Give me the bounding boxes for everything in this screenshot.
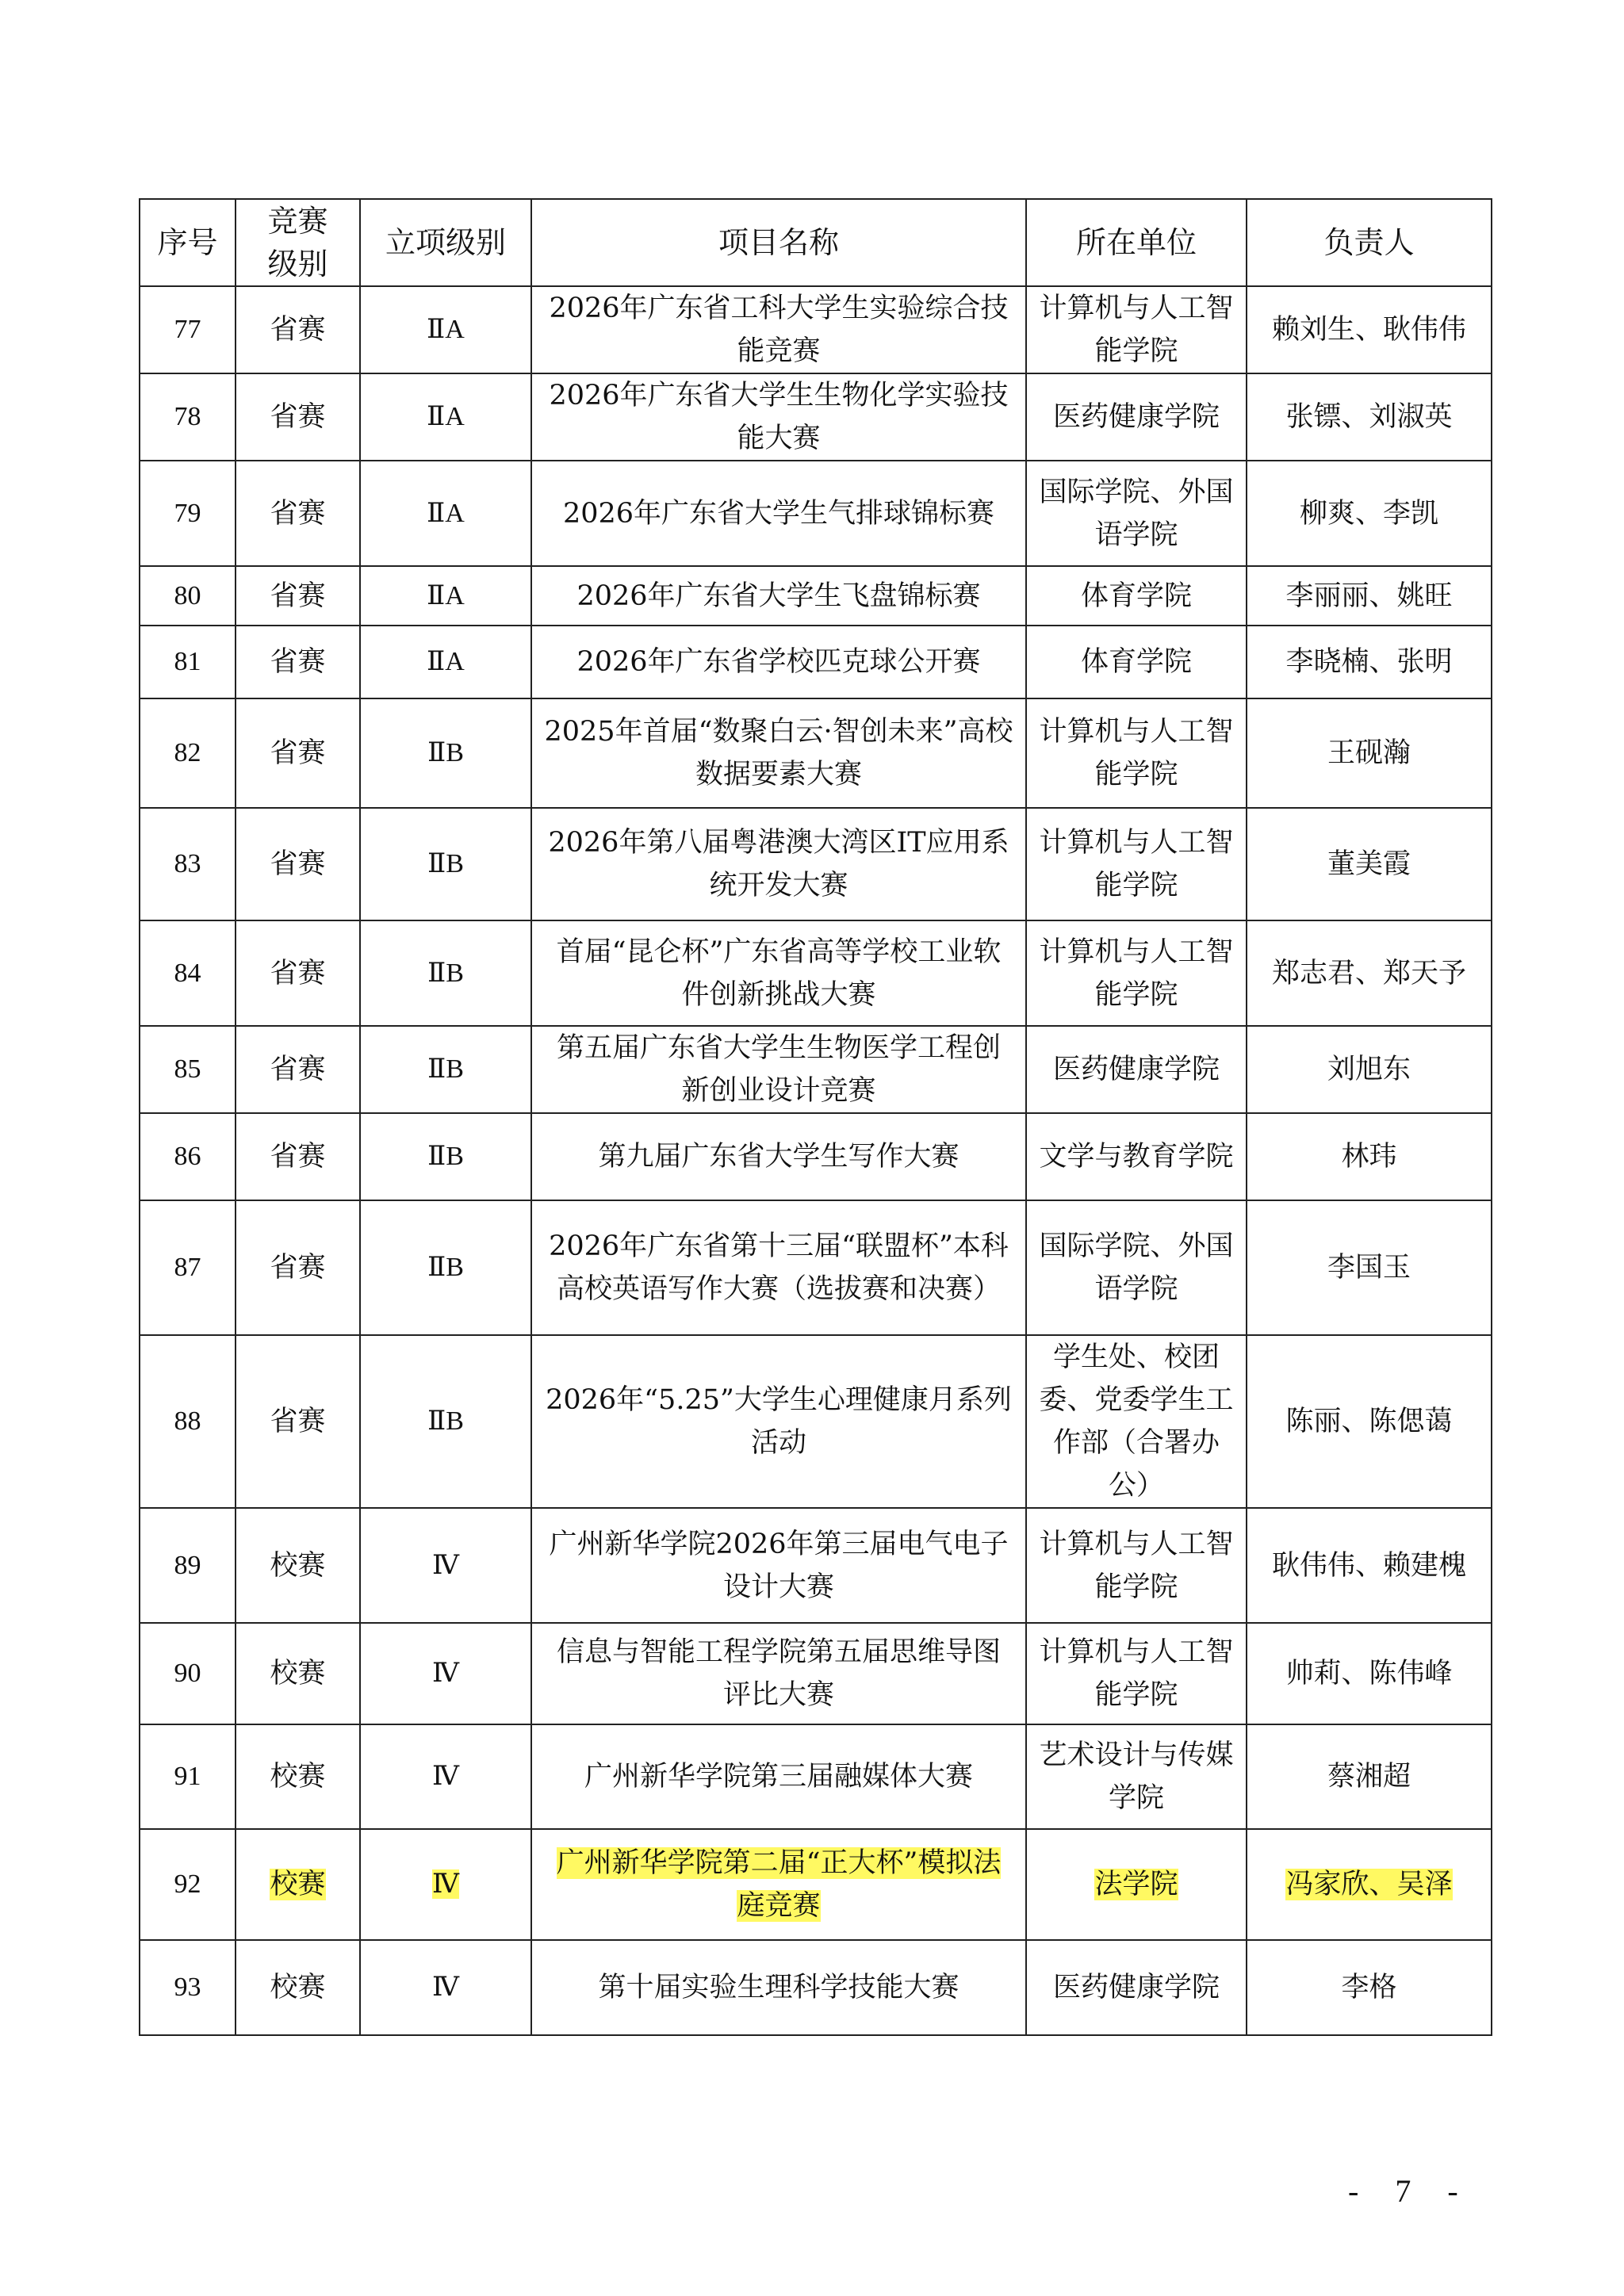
cell-project-name: 2026年广东省大学生飞盘锦标赛 [531,566,1026,626]
cell-department: 体育学院 [1026,566,1247,626]
page-number: - 7 - [1348,2172,1473,2210]
cell-row-number: 91 [140,1724,236,1829]
leader-text: 耿伟伟、赖建槐 [1272,1550,1466,1582]
cell-leader: 冯家欣、吴泽 [1247,1829,1492,1940]
cell-row-number: 87 [140,1200,236,1335]
cell-project-grade: ⅡB [360,1026,531,1113]
cell-project-grade: ⅡA [360,626,531,698]
cell-project-grade: ⅡB [360,808,531,920]
cell-department: 计算机与人工智能学院 [1026,286,1247,373]
project-grade-text: ⅡA [427,402,465,431]
department-text: 文学与教育学院 [1039,1141,1233,1173]
cell-department: 计算机与人工智能学院 [1026,920,1247,1026]
cell-competition-level: 省赛 [236,808,360,920]
row-number-text: 78 [174,402,201,431]
competition-level-text: 省赛 [270,401,325,433]
cell-department: 医药健康学院 [1026,1026,1247,1113]
competition-level-text: 省赛 [270,1252,325,1284]
cell-row-number: 85 [140,1026,236,1113]
cell-competition-level: 省赛 [236,461,360,566]
cell-project-name: 2026年广东省大学生生物化学实验技能大赛 [531,373,1026,461]
cell-row-number: 81 [140,626,236,698]
department-text: 体育学院 [1081,580,1192,612]
cell-leader: 董美霞 [1247,808,1492,920]
department-text: 计算机与人工智能学院 [1039,827,1233,901]
cell-project-grade: ⅡB [360,920,531,1026]
header-leader: 负责人 [1247,199,1492,286]
cell-competition-level: 校赛 [236,1508,360,1623]
cell-department: 计算机与人工智能学院 [1026,808,1247,920]
cell-row-number: 82 [140,698,236,808]
cell-project-grade: ⅡA [360,373,531,461]
table-row: 87省赛ⅡB2026年广东省第十三届“联盟杯”本科高校英语写作大赛（选拔赛和决赛… [140,1200,1492,1335]
project-grade-text: ⅡB [427,959,464,988]
cell-project-name: 信息与智能工程学院第五届思维导图评比大赛 [531,1623,1026,1724]
project-name-text: 信息与智能工程学院第五届思维导图评比大赛 [557,1636,1001,1711]
competition-level-text: 省赛 [270,1406,325,1437]
cell-project-name: 广州新华学院2026年第三届电气电子设计大赛 [531,1508,1026,1623]
cell-row-number: 86 [140,1113,236,1200]
competition-level-text: 省赛 [270,314,325,346]
cell-row-number: 84 [140,920,236,1026]
cell-leader: 李格 [1247,1940,1492,2035]
cell-project-grade: Ⅳ [360,1829,531,1940]
header-project-name: 项目名称 [531,199,1026,286]
cell-project-grade: ⅡB [360,698,531,808]
project-grade-text: ⅡA [427,647,465,676]
department-text: 国际学院、外国语学院 [1039,476,1233,551]
competition-level-text: 校赛 [270,1761,325,1793]
project-grade-text: ⅡB [427,1253,464,1282]
header-unit: 所在单位 [1026,199,1247,286]
cell-leader: 蔡湘超 [1247,1724,1492,1829]
header-project-grade: 立项级别 [360,199,531,286]
cell-leader: 赖刘生、耿伟伟 [1247,286,1492,373]
competition-level-text: 省赛 [270,1054,325,1085]
cell-competition-level: 省赛 [236,373,360,461]
row-number-text: 79 [174,499,201,528]
cell-project-name: 第十届实验生理科学技能大赛 [531,1940,1026,2035]
competition-level-text: 省赛 [270,737,325,769]
competition-level-text: 省赛 [270,498,325,530]
project-grade-text: ⅡB [427,849,464,878]
table-row: 89校赛Ⅳ广州新华学院2026年第三届电气电子设计大赛计算机与人工智能学院耿伟伟… [140,1508,1492,1623]
cell-competition-level: 省赛 [236,286,360,373]
cell-project-grade: ⅡB [360,1113,531,1200]
project-grade-text: Ⅳ [432,1869,459,1899]
leader-text: 董美霞 [1327,848,1411,880]
cell-project-name: 2026年“5.25”大学生心理健康月系列活动 [531,1335,1026,1508]
project-grade-text: ⅡA [427,315,465,344]
cell-competition-level: 省赛 [236,566,360,626]
cell-competition-level: 省赛 [236,1335,360,1508]
leader-text: 林玮 [1341,1141,1396,1173]
cell-competition-level: 省赛 [236,698,360,808]
cell-row-number: 83 [140,808,236,920]
department-text: 体育学院 [1081,646,1192,678]
cell-department: 国际学院、外国语学院 [1026,461,1247,566]
cell-project-grade: Ⅳ [360,1940,531,2035]
cell-department: 体育学院 [1026,626,1247,698]
cell-competition-level: 省赛 [236,1200,360,1335]
cell-project-name: 首届“昆仑杯”广东省高等学校工业软件创新挑战大赛 [531,920,1026,1026]
cell-project-name: 第五届广东省大学生生物医学工程创新创业设计竞赛 [531,1026,1026,1113]
cell-leader: 李晓楠、张明 [1247,626,1492,698]
department-text: 计算机与人工智能学院 [1039,1636,1233,1711]
project-name-text: 广州新华学院第二届“正大杯”模拟法庭竞赛 [557,1847,1002,1922]
cell-project-grade: Ⅳ [360,1623,531,1724]
department-text: 法学院 [1094,1869,1178,1900]
cell-project-name: 广州新华学院第二届“正大杯”模拟法庭竞赛 [531,1829,1026,1940]
row-number-text: 84 [174,959,201,988]
table-row: 85省赛ⅡB第五届广东省大学生生物医学工程创新创业设计竞赛医药健康学院刘旭东 [140,1026,1492,1113]
cell-department: 国际学院、外国语学院 [1026,1200,1247,1335]
leader-text: 李晓楠、张明 [1285,646,1452,678]
table-row: 80省赛ⅡA2026年广东省大学生飞盘锦标赛体育学院李丽丽、姚旺 [140,566,1492,626]
row-number-text: 86 [174,1142,201,1171]
table-row: 92校赛Ⅳ广州新华学院第二届“正大杯”模拟法庭竞赛法学院冯家欣、吴泽 [140,1829,1492,1940]
cell-leader: 刘旭东 [1247,1026,1492,1113]
cell-row-number: 79 [140,461,236,566]
project-name-text: 2026年广东省工科大学生实验综合技能竞赛 [549,293,1008,367]
cell-department: 文学与教育学院 [1026,1113,1247,1200]
table-row: 83省赛ⅡB2026年第八届粤港澳大湾区IT应用系统开发大赛计算机与人工智能学院… [140,808,1492,920]
project-name-text: 2026年广东省学校匹克球公开赛 [576,646,980,678]
department-text: 医药健康学院 [1053,1972,1220,2003]
cell-project-grade: ⅡB [360,1200,531,1335]
row-number-text: 81 [174,647,201,676]
row-number-text: 77 [174,315,201,344]
cell-competition-level: 校赛 [236,1940,360,2035]
project-grade-text: ⅡB [427,738,464,767]
department-text: 计算机与人工智能学院 [1039,293,1233,367]
cell-row-number: 92 [140,1829,236,1940]
department-text: 计算机与人工智能学院 [1039,936,1233,1011]
leader-text: 陈丽、陈偲蔼 [1285,1406,1452,1437]
cell-competition-level: 省赛 [236,1026,360,1113]
cell-competition-level: 校赛 [236,1829,360,1940]
department-text: 计算机与人工智能学院 [1039,1529,1233,1603]
competition-level-text: 校赛 [270,1550,325,1582]
row-number-text: 83 [174,849,201,878]
project-grade-text: Ⅳ [432,1551,459,1580]
cell-project-grade: ⅡA [360,566,531,626]
competition-level-text: 省赛 [270,646,325,678]
cell-leader: 林玮 [1247,1113,1492,1200]
cell-department: 医药健康学院 [1026,1940,1247,2035]
table-row: 78省赛ⅡA2026年广东省大学生生物化学实验技能大赛医药健康学院张镖、刘淑英 [140,373,1492,461]
row-number-text: 89 [174,1551,201,1580]
leader-text: 帅莉、陈伟峰 [1285,1658,1452,1689]
cell-department: 计算机与人工智能学院 [1026,698,1247,808]
header-competition-level: 竞赛 级别 [236,199,360,286]
leader-text: 郑志君、郑天予 [1272,958,1466,989]
cell-competition-level: 校赛 [236,1623,360,1724]
table-row: 93校赛Ⅳ第十届实验生理科学技能大赛医药健康学院李格 [140,1940,1492,2035]
row-number-text: 92 [174,1869,201,1899]
project-name-text: 2026年广东省大学生飞盘锦标赛 [576,580,980,612]
project-name-text: 广州新华学院2026年第三届电气电子设计大赛 [549,1529,1008,1603]
row-number-text: 87 [174,1253,201,1282]
cell-row-number: 80 [140,566,236,626]
competition-level-text: 校赛 [270,1658,325,1689]
row-number-text: 91 [174,1762,201,1791]
department-text: 学生处、校团委、党委学生工作部（合署办公） [1039,1341,1233,1502]
leader-text: 刘旭东 [1327,1054,1411,1085]
project-name-text: 2026年广东省第十三届“联盟杯”本科高校英语写作大赛（选拔赛和决赛） [549,1230,1009,1305]
project-name-text: 广州新华学院第三届融媒体大赛 [584,1761,973,1793]
competition-level-text: 省赛 [270,580,325,612]
cell-row-number: 93 [140,1940,236,2035]
department-text: 艺术设计与传媒学院 [1039,1739,1233,1814]
cell-project-name: 2026年广东省工科大学生实验综合技能竞赛 [531,286,1026,373]
project-grade-text: ⅡA [427,499,465,528]
department-text: 国际学院、外国语学院 [1039,1230,1233,1305]
leader-text: 冯家欣、吴泽 [1285,1869,1452,1900]
project-grade-text: ⅡA [427,581,465,610]
document-page: 序号 竞赛 级别 立项级别 项目名称 所在单位 负责人 77省赛ⅡA2026年广… [0,0,1624,2296]
table-row: 81省赛ⅡA2026年广东省学校匹克球公开赛体育学院李晓楠、张明 [140,626,1492,698]
cell-project-name: 2026年广东省第十三届“联盟杯”本科高校英语写作大赛（选拔赛和决赛） [531,1200,1026,1335]
project-grade-text: ⅡB [427,1406,464,1436]
cell-department: 计算机与人工智能学院 [1026,1623,1247,1724]
leader-text: 李格 [1341,1972,1396,2003]
table-row: 88省赛ⅡB2026年“5.25”大学生心理健康月系列活动学生处、校团委、党委学… [140,1335,1492,1508]
project-grade-text: ⅡB [427,1054,464,1084]
cell-project-grade: ⅡB [360,1335,531,1508]
cell-leader: 陈丽、陈偲蔼 [1247,1335,1492,1508]
cell-competition-level: 省赛 [236,920,360,1026]
project-name-text: 第五届广东省大学生生物医学工程创新创业设计竞赛 [557,1032,1001,1107]
cell-project-name: 2026年广东省学校匹克球公开赛 [531,626,1026,698]
table-row: 77省赛ⅡA2026年广东省工科大学生实验综合技能竞赛计算机与人工智能学院赖刘生… [140,286,1492,373]
project-grade-text: ⅡB [427,1142,464,1171]
cell-department: 艺术设计与传媒学院 [1026,1724,1247,1829]
cell-project-name: 2026年第八届粤港澳大湾区IT应用系统开发大赛 [531,808,1026,920]
cell-project-grade: Ⅳ [360,1508,531,1623]
cell-leader: 张镖、刘淑英 [1247,373,1492,461]
leader-text: 李国玉 [1327,1252,1411,1284]
row-number-text: 88 [174,1406,201,1436]
department-text: 计算机与人工智能学院 [1039,716,1233,790]
competition-level-text: 省赛 [270,1141,325,1173]
leader-text: 蔡湘超 [1327,1761,1411,1793]
project-name-text: 第十届实验生理科学技能大赛 [598,1972,959,2003]
cell-project-grade: Ⅳ [360,1724,531,1829]
cell-row-number: 88 [140,1335,236,1508]
cell-project-grade: ⅡA [360,461,531,566]
table-row: 82省赛ⅡB2025年首届“数聚白云·智创未来”高校数据要素大赛计算机与人工智能… [140,698,1492,808]
cell-row-number: 77 [140,286,236,373]
cell-competition-level: 省赛 [236,1113,360,1200]
leader-text: 赖刘生、耿伟伟 [1272,314,1466,346]
row-number-text: 93 [174,1973,201,2002]
cell-leader: 李丽丽、姚旺 [1247,566,1492,626]
leader-text: 李丽丽、姚旺 [1285,580,1452,612]
cell-department: 学生处、校团委、党委学生工作部（合署办公） [1026,1335,1247,1508]
header-no: 序号 [140,199,236,286]
project-name-text: 2026年“5.25”大学生心理健康月系列活动 [546,1384,1012,1459]
row-number-text: 90 [174,1659,201,1688]
cell-competition-level: 校赛 [236,1724,360,1829]
project-name-text: 2026年广东省大学生气排球锦标赛 [563,498,994,530]
table-row: 90校赛Ⅳ信息与智能工程学院第五届思维导图评比大赛计算机与人工智能学院帅莉、陈伟… [140,1623,1492,1724]
header-competition-level-line2: 级别 [267,247,327,281]
cell-project-name: 广州新华学院第三届融媒体大赛 [531,1724,1026,1829]
table-row: 91校赛Ⅳ广州新华学院第三届融媒体大赛艺术设计与传媒学院蔡湘超 [140,1724,1492,1829]
project-name-text: 第九届广东省大学生写作大赛 [598,1141,959,1173]
cell-row-number: 89 [140,1508,236,1623]
table-row: 79省赛ⅡA2026年广东省大学生气排球锦标赛国际学院、外国语学院柳爽、李凯 [140,461,1492,566]
leader-text: 张镖、刘淑英 [1285,401,1452,433]
department-text: 医药健康学院 [1053,1054,1220,1085]
competition-level-text: 校赛 [270,1869,325,1900]
leader-text: 柳爽、李凯 [1300,498,1438,530]
cell-project-grade: ⅡA [360,286,531,373]
cell-leader: 耿伟伟、赖建槐 [1247,1508,1492,1623]
department-text: 医药健康学院 [1053,401,1220,433]
table-body: 77省赛ⅡA2026年广东省工科大学生实验综合技能竞赛计算机与人工智能学院赖刘生… [140,286,1492,2035]
table-row: 86省赛ⅡB第九届广东省大学生写作大赛文学与教育学院林玮 [140,1113,1492,1200]
row-number-text: 85 [174,1054,201,1084]
cell-competition-level: 省赛 [236,626,360,698]
project-name-text: 2026年第八届粤港澳大湾区IT应用系统开发大赛 [548,827,1009,901]
project-name-text: 2026年广东省大学生生物化学实验技能大赛 [549,380,1008,454]
cell-department: 计算机与人工智能学院 [1026,1508,1247,1623]
project-grade-text: Ⅳ [432,1762,459,1791]
competition-table: 序号 竞赛 级别 立项级别 项目名称 所在单位 负责人 77省赛ⅡA2026年广… [139,198,1492,2036]
cell-department: 医药健康学院 [1026,373,1247,461]
cell-project-name: 2025年首届“数聚白云·智创未来”高校数据要素大赛 [531,698,1026,808]
cell-leader: 王砚瀚 [1247,698,1492,808]
cell-leader: 郑志君、郑天予 [1247,920,1492,1026]
cell-department: 法学院 [1026,1829,1247,1940]
cell-leader: 柳爽、李凯 [1247,461,1492,566]
cell-leader: 帅莉、陈伟峰 [1247,1623,1492,1724]
table-header-row: 序号 竞赛 级别 立项级别 项目名称 所在单位 负责人 [140,199,1492,286]
cell-project-name: 2026年广东省大学生气排球锦标赛 [531,461,1026,566]
cell-row-number: 90 [140,1623,236,1724]
competition-level-text: 省赛 [270,848,325,880]
cell-leader: 李国玉 [1247,1200,1492,1335]
row-number-text: 80 [174,581,201,610]
project-name-text: 首届“昆仑杯”广东省高等学校工业软件创新挑战大赛 [557,936,1002,1011]
cell-row-number: 78 [140,373,236,461]
competition-level-text: 校赛 [270,1972,325,2003]
project-grade-text: Ⅳ [432,1973,459,2002]
leader-text: 王砚瀚 [1327,737,1411,769]
project-name-text: 2025年首届“数聚白云·智创未来”高校数据要素大赛 [545,716,1013,790]
cell-project-name: 第九届广东省大学生写作大赛 [531,1113,1026,1200]
header-competition-level-line1: 竞赛 [267,204,327,239]
row-number-text: 82 [174,738,201,767]
table-row: 84省赛ⅡB首届“昆仑杯”广东省高等学校工业软件创新挑战大赛计算机与人工智能学院… [140,920,1492,1026]
project-grade-text: Ⅳ [432,1659,459,1688]
competition-level-text: 省赛 [270,958,325,989]
